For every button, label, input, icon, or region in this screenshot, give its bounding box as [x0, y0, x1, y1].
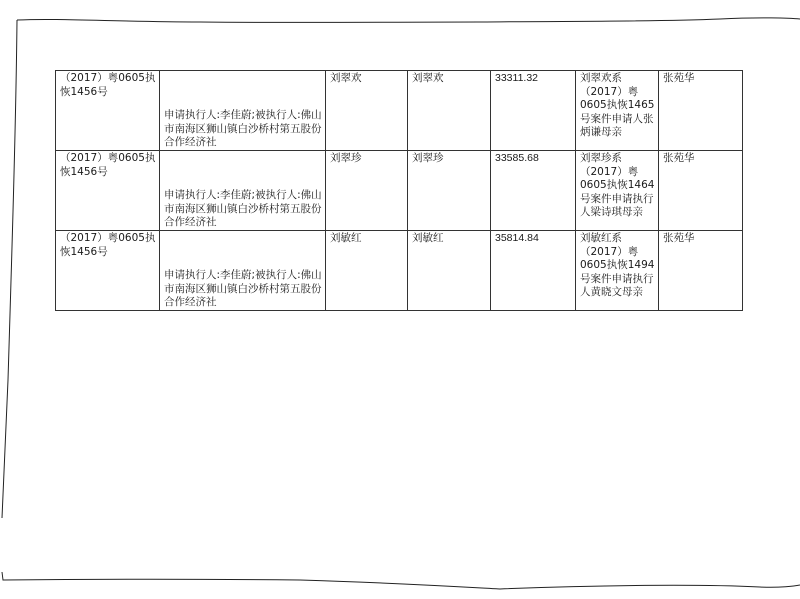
table-row: （2017）粤0605执恢1456号 申请执行人:李佳蔚;被执行人:佛山市南海区…	[56, 231, 743, 311]
handler-cell: 张苑华	[659, 231, 743, 311]
case-number-cell: （2017）粤0605执恢1456号	[56, 71, 160, 151]
payee-cell: 刘翠珍	[408, 151, 491, 231]
parties-cell: 申请执行人:李佳蔚;被执行人:佛山市南海区狮山镇白沙桥村第五股份合作经济社	[160, 151, 326, 231]
payee-cell: 刘翠欢	[408, 71, 491, 151]
parties-cell: 申请执行人:李佳蔚;被执行人:佛山市南海区狮山镇白沙桥村第五股份合作经济社	[160, 71, 326, 151]
case-number-cell: （2017）粤0605执恢1456号	[56, 151, 160, 231]
name-cell: 刘翠珍	[326, 151, 408, 231]
table-row: （2017）粤0605执恢1456号 申请执行人:李佳蔚;被执行人:佛山市南海区…	[56, 151, 743, 231]
amount-cell: 33311.32	[491, 71, 576, 151]
case-table: （2017）粤0605执恢1456号 申请执行人:李佳蔚;被执行人:佛山市南海区…	[55, 70, 743, 311]
note-cell: 刘翠欢系（2017）粤0605执恢1465号案件申请人张炳谦母亲	[576, 71, 659, 151]
handler-cell: 张苑华	[659, 71, 743, 151]
table-row: （2017）粤0605执恢1456号 申请执行人:李佳蔚;被执行人:佛山市南海区…	[56, 71, 743, 151]
name-cell: 刘敏红	[326, 231, 408, 311]
amount-cell: 33585.68	[491, 151, 576, 231]
handler-cell: 张苑华	[659, 151, 743, 231]
payee-cell: 刘敏红	[408, 231, 491, 311]
case-number-cell: （2017）粤0605执恢1456号	[56, 231, 160, 311]
name-cell: 刘翠欢	[326, 71, 408, 151]
note-cell: 刘翠珍系（2017）粤0605执恢1464号案件申请执行人梁诗琪母亲	[576, 151, 659, 231]
amount-cell: 35814.84	[491, 231, 576, 311]
note-cell: 刘敏红系（2017）粤0605执恢1494号案件申请执行人黄晓文母亲	[576, 231, 659, 311]
parties-cell: 申请执行人:李佳蔚;被执行人:佛山市南海区狮山镇白沙桥村第五股份合作经济社	[160, 231, 326, 311]
